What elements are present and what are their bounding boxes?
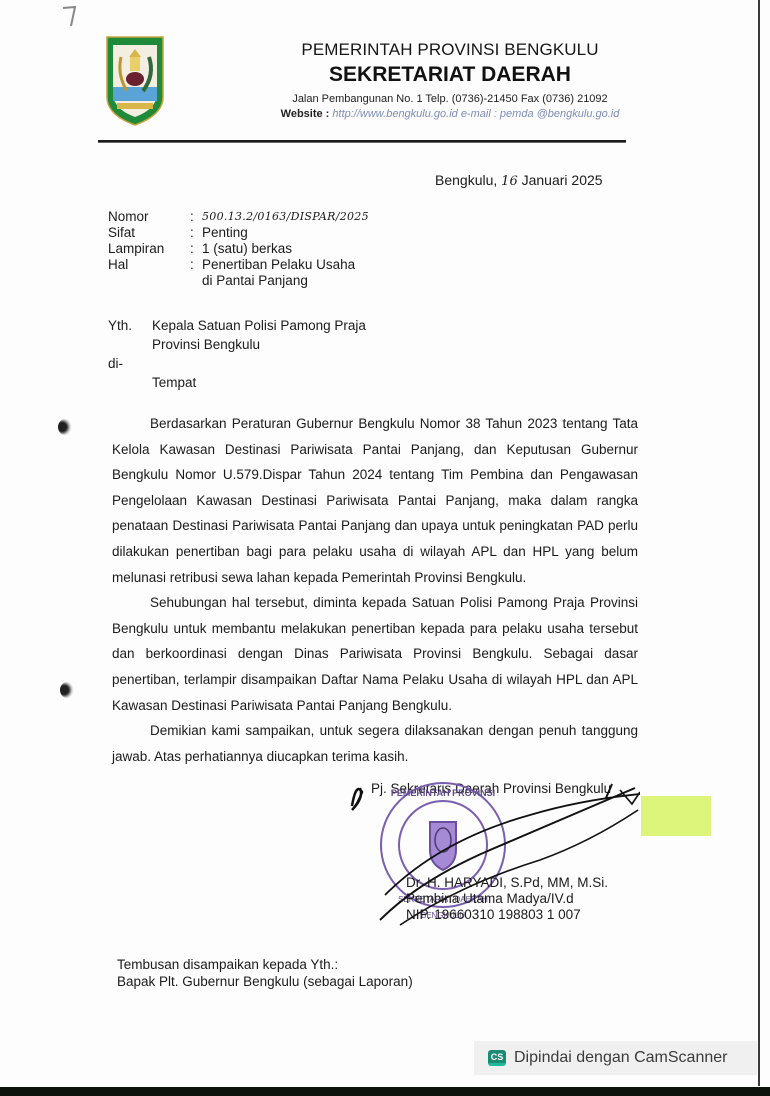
meta-label: Lampiran	[108, 241, 190, 257]
highlight-mark	[641, 796, 711, 836]
letterhead-office: SEKRETARIAT DAERAH	[245, 63, 655, 87]
letterhead-divider	[98, 140, 626, 143]
letterhead-government: PEMERINTAH PROVINSI BENGKULU	[245, 40, 655, 60]
scan-artifact-mark	[62, 6, 76, 30]
meta-row-lampiran: Lampiran : 1 (satu) berkas	[108, 241, 369, 257]
bottom-edge-bar	[0, 1087, 770, 1096]
recipient-block: Yth. Kepala Satuan Polisi Pamong Praja P…	[108, 316, 366, 392]
recipient-line-2: Provinsi Bengkulu	[152, 335, 260, 354]
signatory-name: Dr. H. HARYADI, S.Pd, MM, M.Si.	[406, 875, 608, 891]
website-email-link: http://www.bengkulu.go.id e-mail : pemda…	[332, 108, 619, 120]
meta-value: 1 (satu) berkas	[202, 241, 292, 257]
svg-text:PEMERINTAH PROVINSI: PEMERINTAH PROVINSI	[391, 788, 495, 798]
camscanner-text: Dipindai dengan CamScanner	[514, 1049, 727, 1067]
meta-row-hal-cont: di Pantai Panjang	[108, 273, 369, 289]
body-paragraph-3: Demikian kami sampaikan, untuk segera di…	[112, 718, 638, 769]
recipient-place: Tempat	[152, 373, 196, 392]
date-place: Bengkulu,	[435, 172, 497, 188]
signatory-block: Dr. H. HARYADI, S.Pd, MM, M.Si. Pembina …	[406, 875, 608, 923]
date-month-year: Januari 2025	[522, 172, 603, 188]
meta-label: Hal	[108, 257, 190, 273]
body-paragraph-1: Berdasarkan Peraturan Gubernur Bengkulu …	[112, 411, 638, 590]
punch-hole-mark	[58, 419, 72, 435]
carbon-copy-item: Bapak Plt. Gubernur Bengkulu (sebagai La…	[117, 973, 413, 990]
recipient-line-1: Kepala Satuan Polisi Pamong Praja	[152, 316, 366, 335]
punch-hole-mark	[60, 682, 74, 698]
letter-body: Berdasarkan Peraturan Gubernur Bengkulu …	[112, 411, 638, 769]
meta-row-sifat: Sifat : Penting	[108, 225, 369, 241]
body-paragraph-2: Sehubungan hal tersebut, diminta kepada …	[112, 590, 638, 718]
meta-row-hal: Hal : Penertiban Pelaku Usaha	[108, 257, 369, 273]
recipient-di: di-	[108, 354, 123, 373]
meta-colon: :	[190, 241, 202, 257]
letterhead-address: Jalan Pembangunan No. 1 Telp. (0736)-214…	[245, 93, 655, 105]
province-coat-of-arms-logo	[105, 35, 165, 127]
signatory-nip: NIP. 19660310 198803 1 007	[406, 907, 608, 923]
meta-value: di Pantai Panjang	[202, 273, 308, 289]
website-label: Website :	[281, 108, 330, 120]
meta-label: Sifat	[108, 225, 190, 241]
meta-colon: :	[190, 225, 202, 241]
signatory-rank: Pembina Utama Madya/IV.d	[406, 891, 608, 907]
meta-colon: :	[190, 257, 202, 273]
meta-value-handwritten: 500.13.2/0163/DISPAR/2025	[202, 209, 369, 225]
letter-metadata: Nomor : 500.13.2/0163/DISPAR/2025 Sifat …	[108, 209, 369, 289]
meta-label: Nomor	[108, 209, 190, 225]
carbon-copy-heading: Tembusan disampaikan kepada Yth.:	[117, 956, 413, 973]
letter-date: Bengkulu, 16 Januari 2025	[435, 172, 603, 189]
letterhead-contact: Website : http://www.bengkulu.go.id e-ma…	[245, 108, 655, 120]
carbon-copy-block: Tembusan disampaikan kepada Yth.: Bapak …	[117, 956, 413, 990]
meta-row-nomor: Nomor : 500.13.2/0163/DISPAR/2025	[108, 209, 369, 225]
camscanner-logo-icon: CS	[488, 1050, 506, 1066]
scanned-letter-page: PEMERINTAH PROVINSI BENGKULU SEKRETARIAT…	[0, 0, 760, 1086]
camscanner-watermark: CS Dipindai dengan CamScanner	[474, 1041, 757, 1075]
date-day-handwritten: 16	[501, 174, 518, 189]
letterhead: PEMERINTAH PROVINSI BENGKULU SEKRETARIAT…	[175, 40, 655, 120]
meta-value: Penting	[202, 225, 248, 241]
meta-colon: :	[190, 209, 202, 225]
salutation: Yth.	[108, 316, 152, 335]
meta-value: Penertiban Pelaku Usaha	[202, 257, 355, 273]
